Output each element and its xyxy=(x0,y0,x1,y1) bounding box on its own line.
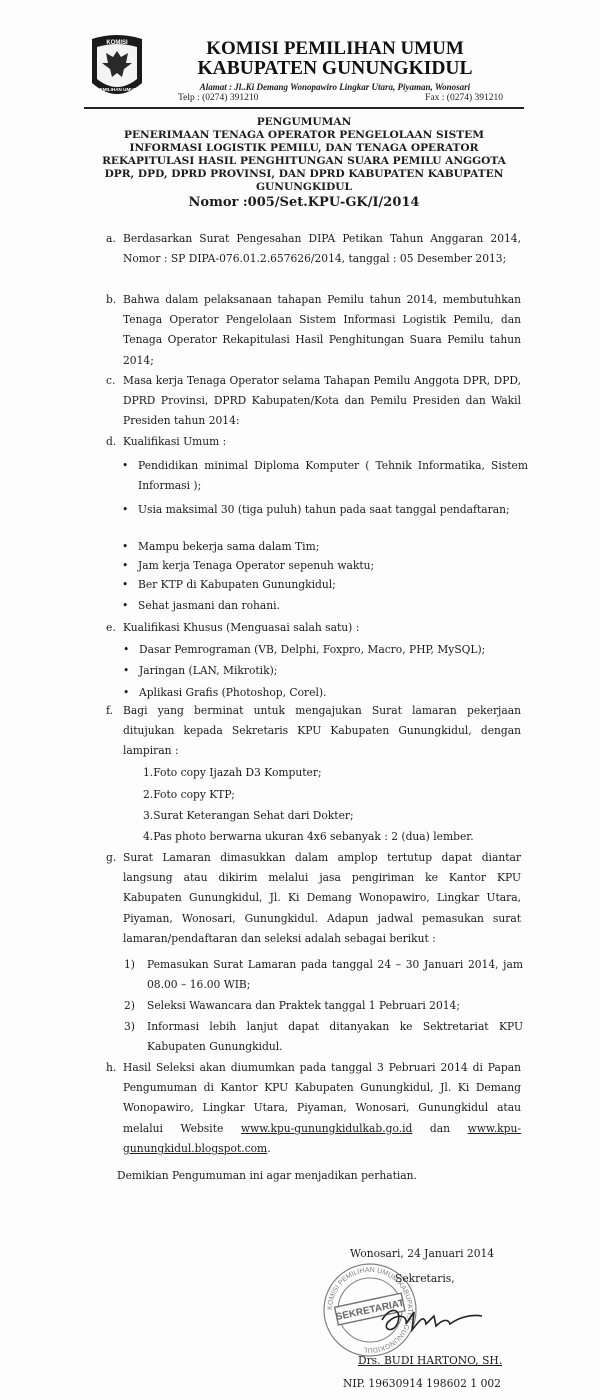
item-text: Surat Lamaran dimasukkan dalam amplop te… xyxy=(123,848,521,949)
bullet-item: •Mampu bekerja sama dalam Tim; xyxy=(138,537,528,557)
title-line: INFORMASI LOGISTIK PEMILU, DAN TENAGA OP… xyxy=(84,142,524,155)
signer-nip: NIP. 19630914 198602 1 002 xyxy=(343,1377,501,1390)
bullet-icon: • xyxy=(122,596,128,616)
document-number: Nomor :005/Set.KPU-GK/I/2014 xyxy=(84,194,524,212)
item-text: Kualifikasi Umum : xyxy=(123,432,521,452)
website-link-kpu[interactable]: www.kpu-gunungkidulkab.go.id xyxy=(241,1122,412,1135)
item-marker: g. xyxy=(106,848,116,868)
place-date: Wonosari, 24 Januari 2014 xyxy=(350,1247,494,1260)
item-marker: a. xyxy=(106,229,116,249)
item-f: f. Bagi yang berminat untuk mengajukan S… xyxy=(106,701,521,762)
title-line: DPR, DPD, DPRD PROVINSI, DAN DPRD KABUPA… xyxy=(84,168,524,181)
item-text: Hasil Seleksi akan diumumkan pada tangga… xyxy=(123,1058,521,1159)
item-h: h. Hasil Seleksi akan diumumkan pada tan… xyxy=(106,1058,521,1159)
item-text: Masa kerja Tenaga Operator selama Tahapa… xyxy=(123,371,521,432)
bullet-icon: • xyxy=(122,456,128,476)
item-text: Bagi yang berminat untuk mengajukan Sura… xyxy=(123,701,521,762)
bullet-icon: • xyxy=(123,640,129,660)
title-line: GUNUNGKIDUL xyxy=(84,181,524,194)
attachment-item: 1.Foto copy Ijazah D3 Komputer; xyxy=(143,763,322,783)
handwritten-signature-icon xyxy=(378,1300,488,1340)
org-name-line2: KABUPATEN GUNUNGKIDUL xyxy=(150,58,520,80)
bullet-item: •Usia maksimal 30 (tiga puluh) tahun pad… xyxy=(138,500,528,520)
item-a: a. Berdasarkan Surat Pengesahan DIPA Pet… xyxy=(106,229,521,269)
closing-statement: Demikian Pengumuman ini agar menjadikan … xyxy=(117,1169,417,1182)
bullet-icon: • xyxy=(122,537,128,557)
bullet-item: •Sehat jasmani dan rohani. xyxy=(138,596,528,616)
item-d: d. Kualifikasi Umum : xyxy=(106,432,521,452)
item-g: g. Surat Lamaran dimasukkan dalam amplop… xyxy=(106,848,521,949)
bullet-item: •Dasar Pemrograman (VB, Delphi, Foxpro, … xyxy=(139,640,529,660)
title-heading: PENGUMUMAN xyxy=(84,116,524,129)
item-marker: d. xyxy=(106,432,116,452)
letterhead-divider xyxy=(84,107,524,109)
item-e: e. Kualifikasi Khusus (Menguasai salah s… xyxy=(106,618,521,638)
bullet-icon: • xyxy=(122,556,128,576)
bullet-item: •Ber KTP di Kabupaten Gunungkidul; xyxy=(138,575,528,595)
kpu-logo-icon: KOMISI PEMILIHAN UMUM xyxy=(88,33,146,103)
item-text: Berdasarkan Surat Pengesahan DIPA Petika… xyxy=(123,229,521,269)
title-line: PENERIMAAN TENAGA OPERATOR PENGELOLAAN S… xyxy=(84,129,524,142)
signer-role: Sekretaris, xyxy=(395,1272,455,1285)
item-text: Kualifikasi Khusus (Menguasai salah satu… xyxy=(123,618,521,638)
org-address: Alamat : Jl..Ki Demang Wonopawiro Lingka… xyxy=(150,82,520,92)
bullet-item: •Jaringan (LAN, Mikrotik); xyxy=(139,661,529,681)
bullet-icon: • xyxy=(122,575,128,595)
item-marker: e. xyxy=(106,618,116,638)
signer-name: Drs. BUDI HARTONO, SH. xyxy=(358,1354,502,1367)
announcement-title: PENGUMUMAN PENERIMAAN TENAGA OPERATOR PE… xyxy=(84,116,524,212)
item-c: c. Masa kerja Tenaga Operator selama Tah… xyxy=(106,371,521,432)
attachment-item: 4.Pas photo berwarna ukuran 4x6 sebanyak… xyxy=(143,827,474,847)
item-text: Bahwa dalam pelaksanaan tahapan Pemilu t… xyxy=(123,290,521,371)
item-marker: c. xyxy=(106,371,115,391)
org-fax: Fax : (0274) 391210 xyxy=(425,93,503,103)
bullet-item: •Pendidikan minimal Diploma Komputer ( T… xyxy=(138,456,528,496)
announcement-page: KOMISI PEMILIHAN UMUM KOMISI PEMILIHAN U… xyxy=(0,0,600,1400)
schedule-item: 2) Seleksi Wawancara dan Praktek tanggal… xyxy=(125,996,523,1016)
bullet-item: •Jam kerja Tenaga Operator sepenuh waktu… xyxy=(138,556,528,576)
item-marker: h. xyxy=(106,1058,116,1078)
bullet-icon: • xyxy=(123,661,129,681)
item-marker: f. xyxy=(106,701,113,721)
svg-text:PEMILIHAN UMUM: PEMILIHAN UMUM xyxy=(97,87,138,92)
svg-text:KOMISI: KOMISI xyxy=(106,40,128,46)
attachment-item: 2.Foto copy KTP; xyxy=(143,785,235,805)
title-line: REKAPITULASI HASIL PENGHITUNGAN SUARA PE… xyxy=(84,155,524,168)
item-b: b. Bahwa dalam pelaksanaan tahapan Pemil… xyxy=(106,290,521,371)
schedule-item: 3) Informasi lebih lanjut dapat ditanyak… xyxy=(125,1017,523,1057)
bullet-icon: • xyxy=(122,500,128,520)
attachment-item: 3.Surat Keterangan Sehat dari Dokter; xyxy=(143,806,354,826)
org-telp: Telp : (0274) 391210 xyxy=(178,93,258,103)
org-name-line1: KOMISI PEMILIHAN UMUM xyxy=(150,38,520,60)
schedule-item: 1) Pemasukan Surat Lamaran pada tanggal … xyxy=(125,955,523,995)
item-marker: b. xyxy=(106,290,116,310)
